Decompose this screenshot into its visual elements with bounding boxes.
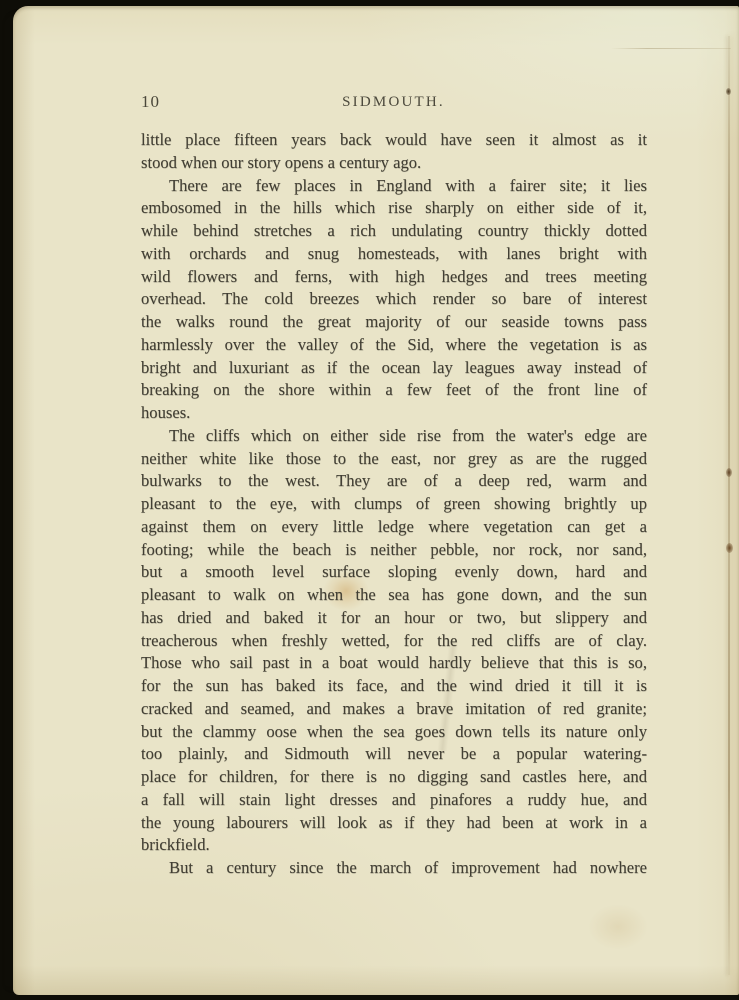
paragraph: The cliffs which on either side rise fro… — [141, 425, 647, 857]
running-head: SIDMOUTH. — [141, 94, 646, 111]
page-surface: 10 SIDMOUTH. little place fifteen years … — [13, 6, 739, 995]
text-line: place for children, for there is no digg… — [141, 766, 647, 789]
text-line: little place fifteen years back would ha… — [141, 129, 647, 152]
text-line: treacherous when freshly wetted, for the… — [141, 630, 647, 653]
text-line: against them on every little ledge where… — [141, 516, 647, 539]
text-line: bulwarks to the west. They are of a deep… — [141, 470, 647, 493]
text-line: too plainly, and Sidmouth will never be … — [141, 743, 647, 766]
text-line: But a century since the march of improve… — [141, 857, 647, 880]
text-line: but the clammy oose when the sea goes do… — [141, 721, 647, 744]
text-line: the young labourers will look as if they… — [141, 812, 647, 835]
text-line: pleasant to the eye, with clumps of gree… — [141, 493, 647, 516]
binding-speck — [726, 543, 733, 553]
paragraph: little place fifteen years back would ha… — [141, 129, 647, 175]
gutter-crease — [728, 36, 730, 975]
text-line: brickfield. — [141, 834, 647, 857]
text-line: for the sun has baked its face, and the … — [141, 675, 647, 698]
text-line: Those who sail past in a boat would hard… — [141, 652, 647, 675]
text-line: harmlessly over the valley of the Sid, w… — [141, 334, 647, 357]
text-line: pleasant to walk on when the sea has gon… — [141, 584, 647, 607]
text-line: The cliffs which on either side rise fro… — [141, 425, 647, 448]
text-line: houses. — [141, 402, 647, 425]
paragraph: But a century since the march of improve… — [141, 857, 647, 880]
text-line: a fall will stain light dresses and pina… — [141, 789, 647, 812]
text-line: overhead. The cold breezes which render … — [141, 288, 647, 311]
text-line: but a smooth level surface sloping evenl… — [141, 561, 647, 584]
text-line: embosomed in the hills which rise sharpl… — [141, 197, 647, 220]
text-line: breaking on the shore within a few feet … — [141, 379, 647, 402]
paragraph: There are few places in England with a f… — [141, 175, 647, 425]
underpage-edge-line — [611, 48, 731, 49]
text-line: has dried and baked it for an hour or tw… — [141, 607, 647, 630]
scanned-book-page: 10 SIDMOUTH. little place fifteen years … — [0, 0, 739, 1000]
text-line: bright and luxuriant as if the ocean lay… — [141, 357, 647, 380]
binding-speck — [726, 468, 732, 477]
text-line: the walks round the great majority of ou… — [141, 311, 647, 334]
text-block: little place fifteen years back would ha… — [141, 129, 647, 880]
paper-stain — [588, 904, 648, 950]
text-line: There are few places in England with a f… — [141, 175, 647, 198]
text-line: with orchards and snug homesteads, with … — [141, 243, 647, 266]
text-line: while behind stretches a rich undulating… — [141, 220, 647, 243]
text-line: stood when our story opens a century ago… — [141, 152, 647, 175]
text-line: cracked and seamed, and makes a brave im… — [141, 698, 647, 721]
text-line: wild flowers and ferns, with high hedges… — [141, 266, 647, 289]
binding-speck — [726, 88, 731, 95]
text-line: neither white like those to the east, no… — [141, 448, 647, 471]
text-line: footing; while the beach is neither pebb… — [141, 539, 647, 562]
